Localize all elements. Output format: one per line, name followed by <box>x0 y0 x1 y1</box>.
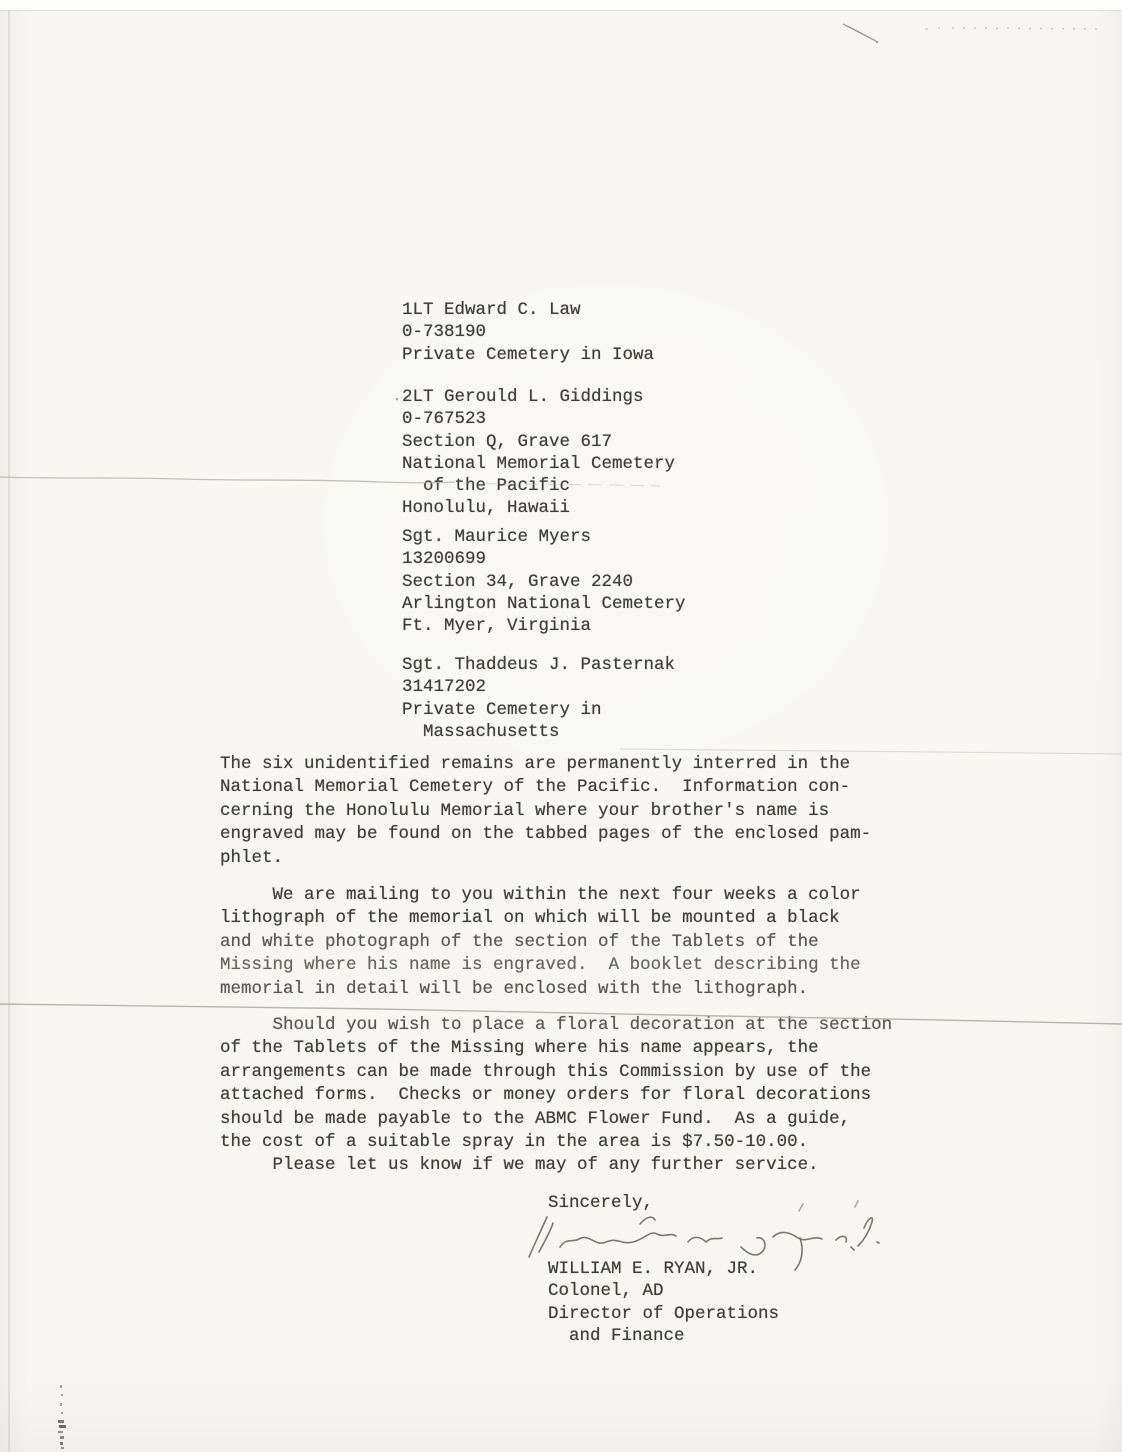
body-line: the cost of a suitable spray in the area… <box>220 1131 892 1154</box>
signature-block: WILLIAM E. RYAN, JR. Colonel, AD Directo… <box>548 1258 779 1347</box>
body-line: The six unidentified remains are permane… <box>220 753 871 776</box>
scan-left-edge <box>8 10 10 1452</box>
scan-specks-top-2 <box>925 28 940 29</box>
address-line: National Memorial Cemetery <box>402 453 675 475</box>
body-line: memorial in detail will be enclosed with… <box>220 978 861 1001</box>
body-line: attached forms. Checks or money orders f… <box>220 1084 892 1107</box>
address-line: Massachusetts <box>402 721 675 743</box>
address-line: 2LT Gerould L. Giddings <box>402 386 675 408</box>
body-line: Should you wish to place a floral decora… <box>220 1014 892 1037</box>
address-line: 0-767523 <box>402 408 675 430</box>
address-block-1: 1LT Edward C. Law 0-738190 Private Cemet… <box>402 299 654 366</box>
scan-top-edge <box>0 0 1122 11</box>
pen-scribble-mark-2 <box>848 26 863 34</box>
body-line: cerning the Honolulu Memorial where your… <box>220 800 871 823</box>
body-line: engraved may be found on the tabbed page… <box>220 823 871 846</box>
body-line: arrangements can be made through this Co… <box>220 1061 892 1084</box>
body-line: should be made payable to the ABMC Flowe… <box>220 1108 892 1131</box>
paragraph-3: Should you wish to place a floral decora… <box>220 1014 892 1154</box>
address-line: Arlington National Cemetery <box>402 593 686 615</box>
address-line: Ft. Myer, Virginia <box>402 615 686 637</box>
letter-page: 1LT Edward C. Law 0-738190 Private Cemet… <box>0 0 1122 1452</box>
address-line: Section 34, Grave 2240 <box>402 571 686 593</box>
body-line: lithograph of the memorial on which will… <box>220 907 861 930</box>
closing-line: Sincerely, <box>548 1192 653 1215</box>
address-block-3: Sgt. Maurice Myers 13200699 Section 34, … <box>402 526 686 637</box>
pen-scribble-mark <box>843 24 876 41</box>
address-line: 1LT Edward C. Law <box>402 299 654 321</box>
signer-title-line: and Finance <box>548 1325 779 1347</box>
body-line: National Memorial Cemetery of the Pacifi… <box>220 776 871 799</box>
address-block-2: 2LT Gerould L. Giddings 0-767523 Section… <box>402 386 675 520</box>
signer-title-line: Colonel, AD <box>548 1280 779 1302</box>
address-line: 0-738190 <box>402 321 654 343</box>
pen-mark-dot <box>876 41 878 43</box>
body-line: Please let us know if we may of any furt… <box>220 1154 819 1177</box>
address-line: 13200699 <box>402 548 686 570</box>
paragraph-2: We are mailing to you within the next fo… <box>220 884 861 1001</box>
closing: Sincerely, <box>548 1192 653 1215</box>
address-line: Sgt. Maurice Myers <box>402 526 686 548</box>
body-line: of the Tablets of the Missing where his … <box>220 1037 892 1060</box>
address-line: 31417202 <box>402 676 675 698</box>
scan-specks-top <box>952 28 1100 29</box>
paragraph-1: The six unidentified remains are permane… <box>220 753 871 870</box>
address-line: Sgt. Thaddeus J. Pasternak <box>402 654 675 676</box>
paragraph-4: Please let us know if we may of any furt… <box>220 1154 819 1177</box>
body-line: We are mailing to you within the next fo… <box>220 884 861 907</box>
body-line: and white photograph of the section of t… <box>220 931 861 954</box>
signer-name: WILLIAM E. RYAN, JR. <box>548 1258 779 1280</box>
address-line: Section Q, Grave 617 <box>402 431 675 453</box>
body-line: Missing where his name is engraved. A bo… <box>220 954 861 977</box>
body-line: phlet. <box>220 847 871 870</box>
address-line: of the Pacific <box>402 475 675 497</box>
crease-line-upper <box>0 477 455 483</box>
stray-dot <box>396 398 399 401</box>
signer-title-line: Director of Operations <box>548 1303 779 1325</box>
scan-specks-bottom <box>58 1385 66 1449</box>
address-line: Honolulu, Hawaii <box>402 497 675 519</box>
address-line: Private Cemetery in <box>402 699 675 721</box>
address-block-4: Sgt. Thaddeus J. Pasternak 31417202 Priv… <box>402 654 675 743</box>
address-line: Private Cemetery in Iowa <box>402 344 654 366</box>
